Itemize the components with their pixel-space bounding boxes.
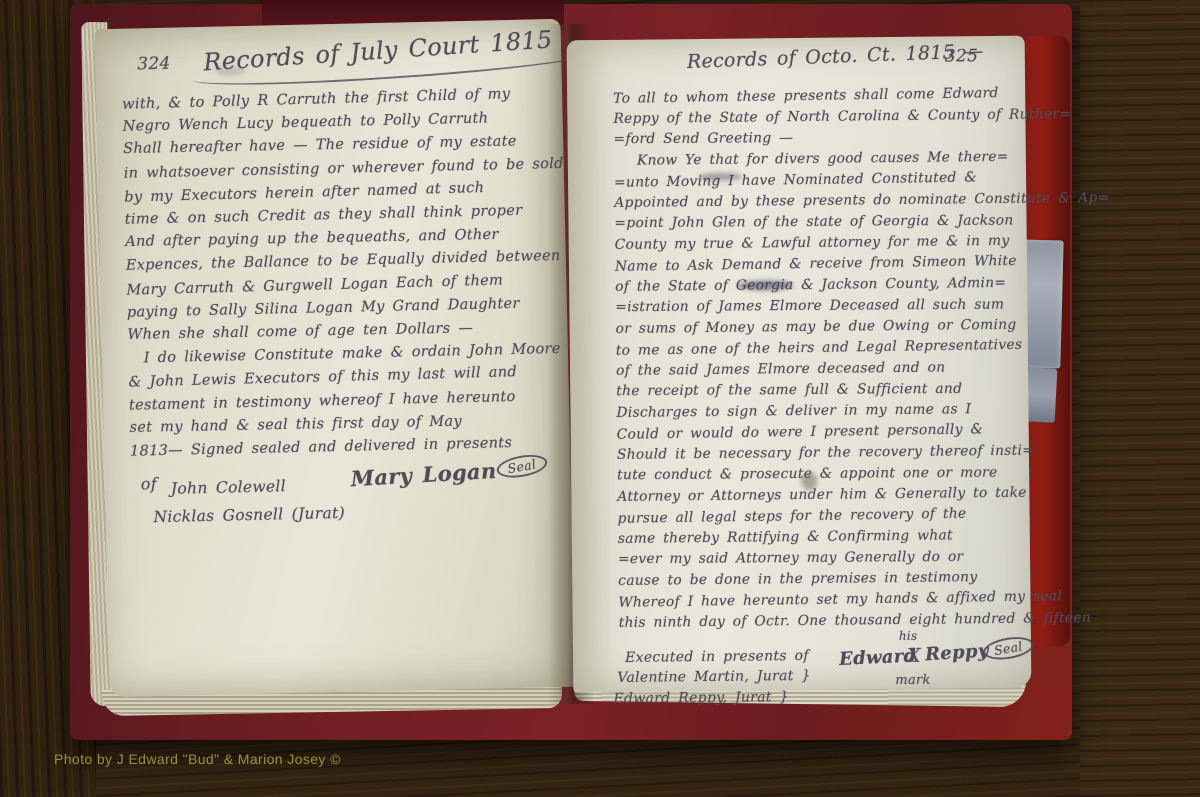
witness-prefix: of [141, 474, 158, 493]
manuscript-line: the receipt of the same full & Sufficien… [616, 378, 1016, 402]
manuscript-line: tute conduct & prosecute & appoint one o… [617, 462, 1017, 486]
signature-x-mark: X [907, 645, 921, 667]
seal-mark: Seal [495, 451, 549, 481]
seal-mark: Seal [982, 634, 1035, 663]
manuscript-line: =point John Glen of the state of Georgia… [614, 210, 1014, 234]
witness-intro: Executed in presents of [625, 648, 809, 666]
left-page-number: 324 [137, 54, 171, 75]
left-page-text: with, & to Polly R Carruth the first Chi… [122, 83, 560, 464]
left-page: 324 Records of July Court 1815 with, & t… [94, 19, 575, 697]
manuscript-line: =ever my said Attorney may Generally do … [618, 546, 1018, 570]
right-page-number: 325 [945, 46, 979, 66]
his-label: his [899, 629, 918, 643]
manuscript-line: =ford Send Greeting — [614, 126, 1014, 150]
witness-signature: Valentine Martin, Jurat } [617, 668, 811, 686]
witness-signature: Edward Reppy, Jurat } [613, 689, 788, 707]
grantor-signature-last: Reppy [924, 640, 989, 665]
watermark: Photo by J Edward "Bud" & Marion Josey © [54, 751, 341, 767]
witness-signature: Nicklas Gosnell (Jurat) [153, 504, 345, 526]
manuscript-line: =istration of James Elmore Deceased all … [615, 294, 1015, 318]
mark-label: mark [895, 673, 931, 688]
wood-grain-right [1080, 0, 1200, 797]
stain-spot [801, 472, 817, 490]
grantor-signature-first: Edward [839, 645, 917, 669]
right-page-text: To all to whom these presents shall come… [613, 84, 1019, 634]
right-page: Records of Octo. Ct. 1815 — 325 To all t… [567, 36, 1032, 693]
testator-signature: Mary Logan [350, 458, 497, 491]
right-page-header: Records of Octo. Ct. 1815 — [686, 40, 984, 73]
photo-scene: 324 Records of July Court 1815 with, & t… [0, 0, 1200, 797]
tape-patch-lower [1025, 367, 1058, 422]
witness-signature: John Colewell [171, 477, 286, 498]
